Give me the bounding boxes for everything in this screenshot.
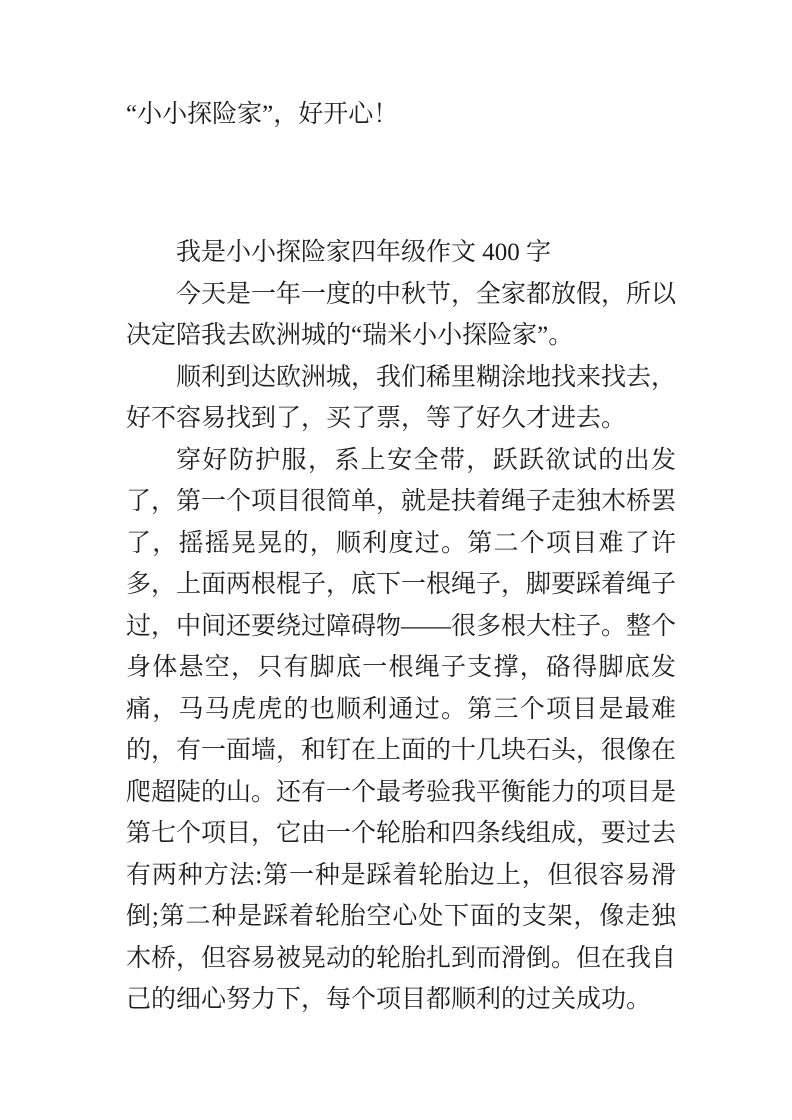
essay-paragraph: 今天是一年一度的中秋节，全家都放假，所以决定陪我去欧洲城的“瑞米小小探险家”。 bbox=[126, 274, 676, 357]
document-page: “小小探险家”，好开心！ 我是小小探险家四年级作文 400 字 今天是一年一度的… bbox=[0, 0, 792, 1120]
leading-paragraph-line: “小小探险家”，好开心！ bbox=[126, 94, 686, 136]
essay-paragraph: 穿好防护服，系上安全带，跃跃欲试的出发了，第一个项目很简单，就是扶着绳子走独木桥… bbox=[126, 440, 676, 1021]
essay-paragraph: 顺利到达欧洲城，我们稀里糊涂地找来找去，好不容易找到了，买了票，等了好久才进去。 bbox=[126, 357, 676, 440]
essay-paragraphs: 今天是一年一度的中秋节，全家都放假，所以决定陪我去欧洲城的“瑞米小小探险家”。顺… bbox=[126, 274, 676, 1021]
essay-body: 我是小小探险家四年级作文 400 字 今天是一年一度的中秋节，全家都放假，所以决… bbox=[126, 232, 676, 1021]
essay-title: 我是小小探险家四年级作文 400 字 bbox=[126, 232, 676, 274]
